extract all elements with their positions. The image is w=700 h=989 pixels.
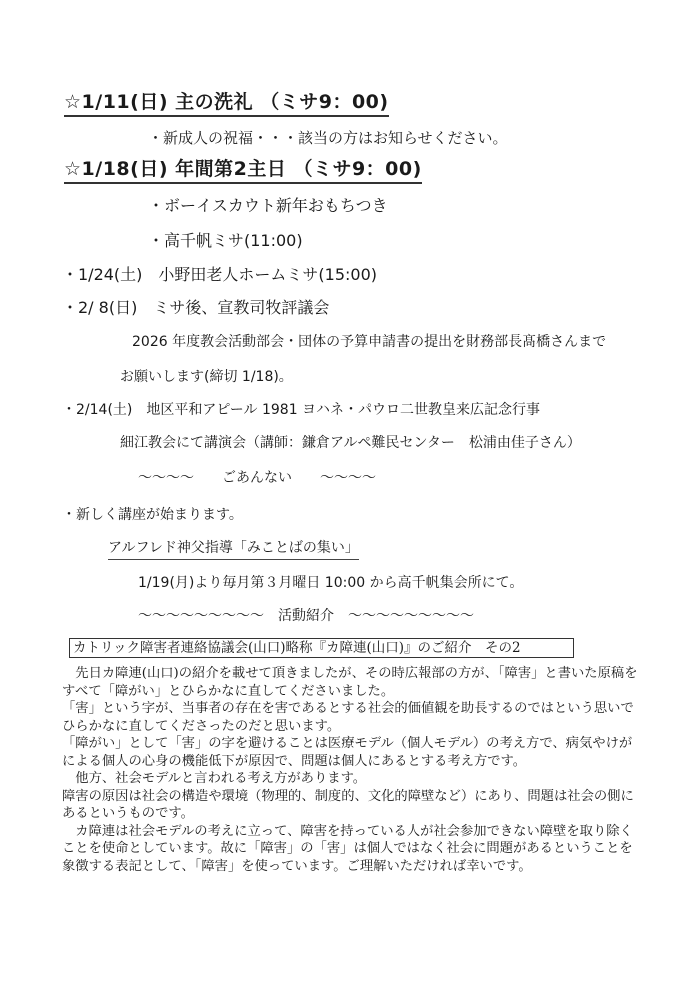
event-feb14-detail: 細江教会にて講演会（講師：鎌倉アルペ難民センター 松浦由佳子さん）	[120, 433, 581, 453]
event-heading-jan11: ☆1/11(日) 主の洗礼 （ミサ9：00)	[64, 90, 389, 117]
event-heading-jan18: ☆1/18(日) 年間第2主日 （ミサ9：00)	[64, 157, 422, 184]
event-item-jan18-mochitsuki: ・ボーイスカウト新年おもちつき	[148, 196, 388, 216]
intro-paragraph: 先日カ障連(山口)の紹介を載せて頂きましたが、その時広報部の方が、「障害」と書い…	[62, 665, 642, 700]
event-feb08-title: ・2/ 8(日) ミサ後、宣教司牧評議会	[62, 298, 329, 318]
event-jan24: ・1/24(土) 小野田老人ホームミサ(15:00)	[62, 265, 377, 285]
bulletin-page: ☆1/11(日) 主の洗礼 （ミサ9：00) ・新成人の祝福・・・該当の方はお知…	[0, 0, 700, 989]
intro-paragraph: 「障がい」として「害」の字を避けることは医療モデル（個人モデル）の考え方で、病気…	[62, 735, 642, 770]
intro-body: 先日カ障連(山口)の紹介を載せて頂きましたが、その時広報部の方が、「障害」と書い…	[62, 665, 642, 875]
course-title: ・新しく講座が始まります。	[62, 505, 243, 525]
event-item-jan18-takachiho-mass: ・高千帆ミサ(11:00)	[148, 231, 303, 251]
intro-paragraph: 他方、社会モデルと言われる考え方があります。	[62, 770, 642, 788]
intro-paragraph: 「害」という字が、当事者の存在を害であるとする社会的価値観を助長するのではという…	[62, 700, 642, 735]
course-name: アルフレド神父指導「みことばの集い」	[108, 538, 359, 560]
intro-paragraph: カ障連は社会モデルの考えに立って、障害を持っている人が社会参加できない障壁を取り…	[62, 823, 642, 876]
event-feb14-title: ・2/14(土) 地区平和アピール 1981 ヨハネ・パウロ二世教皇来広記念行事	[62, 400, 540, 420]
intro-paragraph: 障害の原因は社会の構造や環境（物理的、制度的、文化的障壁など）にあり、問題は社会…	[62, 788, 642, 823]
course-schedule: 1/19(月)より毎月第３月曜日 10:00 から高千帆集会所にて。	[138, 573, 523, 593]
event-feb08-note-line1: 2026 年度教会活動部会・団体の予算申請書の提出を財務部長髙橋さんまで	[132, 332, 606, 352]
activity-banner: ～～～～～～～～～ 活動紹介 ～～～～～～～～～	[138, 606, 474, 626]
guide-banner: ～～～～ ごあんない ～～～～	[138, 468, 376, 488]
event-item-jan11-blessing: ・新成人の祝福・・・該当の方はお知らせください。	[148, 128, 508, 148]
intro-title-box: カトリック障害者連絡協議会(山口)略称『カ障連(山口)』のご紹介 その2	[69, 638, 574, 658]
event-feb08-note-line2: お願いします(締切 1/18)。	[120, 367, 293, 387]
